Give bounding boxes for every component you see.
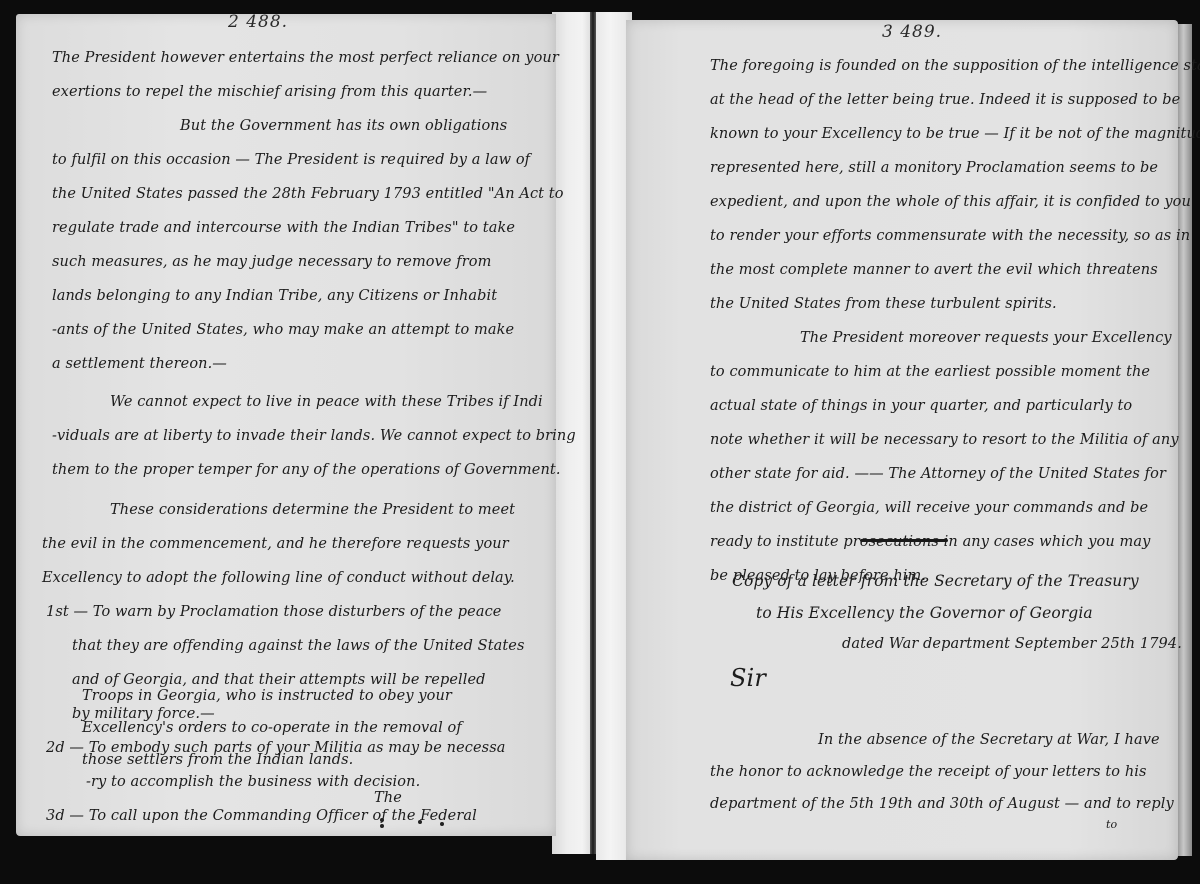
text-line: known to your Excellency to be true — If… — [710, 126, 1200, 142]
text-line: regulate trade and intercourse with the … — [52, 220, 515, 236]
text-line: that they are offending against the laws… — [72, 638, 525, 654]
text-line: at the head of the letter being true. In… — [710, 92, 1180, 108]
text-line: Troops in Georgia, who is instructed to … — [82, 688, 452, 704]
letter-heading-line2: to His Excellency the Governor of Georgi… — [756, 604, 1093, 622]
text-line: Excellency's orders to co-operate in the… — [82, 720, 462, 736]
list-item-3: 3d — To call upon the Commanding Officer… — [46, 808, 477, 824]
letter-dateline: dated War department September 25th 1794… — [842, 636, 1182, 652]
text-line: represented here, still a monitory Procl… — [710, 160, 1158, 176]
text-line: -viduals are at liberty to invade their … — [52, 428, 576, 444]
text-line: the evil in the commencement, and he the… — [42, 536, 509, 552]
body-line: In the absence of the Secretary at War, … — [818, 732, 1160, 748]
text-line: and of Georgia, and that their attempts … — [72, 672, 486, 688]
text-line: the United States passed the 28th Februa… — [52, 186, 564, 202]
text-line: -ants of the United States, who may make… — [52, 322, 514, 338]
page-number: 3 489. — [882, 22, 942, 42]
text-line: such measures, as he may judge necessary… — [52, 254, 491, 270]
catchword: to — [1106, 818, 1117, 831]
letter-heading-line1: Copy of a letter from the Secretary of t… — [732, 572, 1139, 590]
text-line: a settlement thereon.— — [52, 356, 227, 372]
page-edge — [1178, 24, 1192, 856]
list-item-1: 1st — To warn by Proclamation those dist… — [46, 604, 501, 620]
text-line: the district of Georgia, will receive yo… — [710, 500, 1148, 516]
text-line: other state for aid. —— The Attorney of … — [710, 466, 1166, 482]
text-line: to communicate to him at the earliest po… — [710, 364, 1150, 380]
salutation: Sir — [730, 664, 766, 692]
text-line: the United States from these turbulent s… — [710, 296, 1057, 312]
text-line: The President moreover requests your Exc… — [800, 330, 1172, 346]
ink-spot — [380, 824, 384, 828]
text-line: lands belonging to any Indian Tribe, any… — [52, 288, 497, 304]
left-page: 2 488. The President however entertains … — [16, 14, 556, 836]
text-line: The President however entertains the mos… — [52, 50, 559, 66]
text-line: the most complete manner to avert the ev… — [710, 262, 1158, 278]
text-line: ready to institute prosecutions in any c… — [710, 534, 1150, 550]
text-line: The foregoing is founded on the supposit… — [710, 58, 1200, 74]
section-divider — [860, 539, 948, 542]
text-line: But the Government has its own obligatio… — [180, 118, 507, 134]
text-line: to render your efforts commensurate with… — [710, 228, 1190, 244]
text-line: exertions to repel the mischief arising … — [52, 84, 487, 100]
text-line: actual state of things in your quarter, … — [710, 398, 1132, 414]
text-line: Excellency to adopt the following line o… — [42, 570, 515, 586]
text-line: These considerations determine the Presi… — [110, 502, 515, 518]
ink-spot — [418, 820, 422, 824]
text-line: -ry to accomplish the business with deci… — [86, 774, 420, 790]
catchword: The — [374, 790, 402, 806]
text-line: them to the proper temper for any of the… — [52, 462, 561, 478]
text-line: those settlers from the Indian lands. — [82, 752, 353, 768]
page-number: 2 488. — [228, 12, 288, 32]
body-line: department of the 5th 19th and 30th of A… — [710, 796, 1174, 812]
text-line: expedient, and upon the whole of this af… — [710, 194, 1191, 210]
text-line: to fulfil on this occasion — The Preside… — [52, 152, 530, 168]
ink-spot — [440, 822, 444, 826]
body-line: the honor to acknowledge the receipt of … — [710, 764, 1147, 780]
ink-spot — [380, 818, 384, 822]
text-line: note whether it will be necessary to res… — [710, 432, 1179, 448]
text-line: We cannot expect to live in peace with t… — [110, 394, 543, 410]
